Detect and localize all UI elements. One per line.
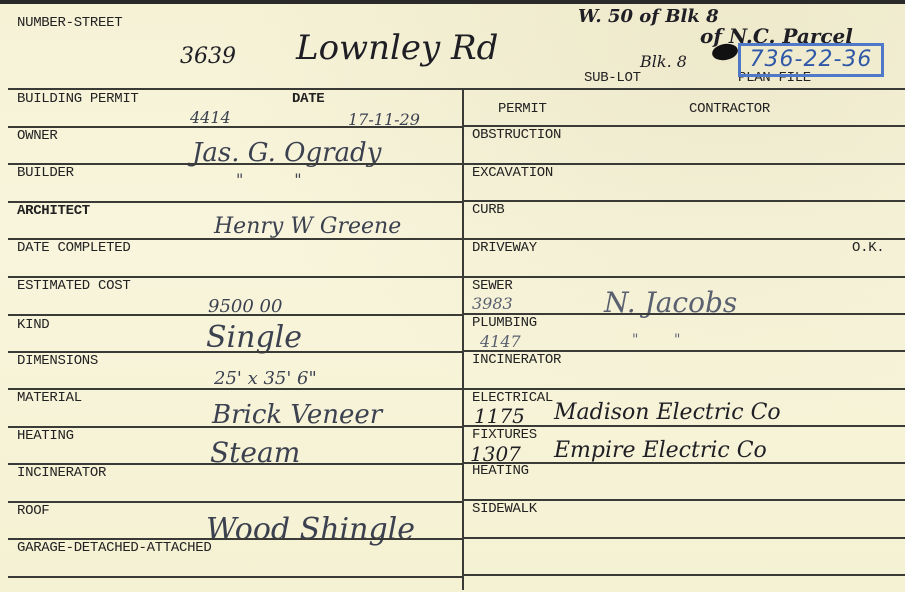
legal-description-line1: W. 50 of Blk 8 bbox=[578, 6, 719, 27]
rule bbox=[8, 126, 463, 128]
address-number: 3639 bbox=[180, 44, 236, 69]
excavation-label: EXCAVATION bbox=[472, 165, 553, 181]
kind-label: KIND bbox=[17, 317, 49, 333]
date-label: DATE bbox=[292, 91, 324, 107]
roof-label: ROOF bbox=[17, 503, 49, 519]
incinerator-label: INCINERATOR bbox=[17, 465, 106, 481]
sewer-permit: 3983 bbox=[472, 294, 513, 313]
electrical-contractor: Madison Electric Co bbox=[554, 400, 781, 425]
architect-label: ARCHITECT bbox=[17, 203, 90, 219]
rule bbox=[463, 276, 905, 278]
owner-label: OWNER bbox=[17, 128, 58, 144]
date-completed-label: DATE COMPLETED bbox=[17, 240, 130, 256]
garage-label: GARAGE-DETACHED-ATTACHED bbox=[17, 540, 211, 556]
heating-permit-label: HEATING bbox=[472, 463, 529, 479]
rule bbox=[8, 501, 463, 503]
sublot-value: Blk. 8 bbox=[640, 52, 687, 71]
rule bbox=[463, 200, 905, 202]
obstruction-label: OBSTRUCTION bbox=[472, 127, 561, 143]
rule bbox=[8, 426, 463, 428]
kind-value: Single bbox=[206, 320, 302, 355]
curb-label: CURB bbox=[472, 202, 504, 218]
plumbing-label: PLUMBING bbox=[472, 315, 537, 331]
sidewalk-label: SIDEWALK bbox=[472, 501, 537, 517]
plumbing-permit: 4147 bbox=[480, 332, 521, 351]
contractor-column-header: CONTRACTOR bbox=[689, 101, 770, 117]
dimensions-value: 25' x 35' 6" bbox=[214, 368, 317, 389]
rule bbox=[8, 163, 463, 165]
material-label: MATERIAL bbox=[17, 390, 82, 406]
rule bbox=[8, 88, 905, 90]
column-divider bbox=[462, 90, 464, 590]
sublot-label: SUB-LOT bbox=[584, 70, 641, 86]
estimated-cost-label: ESTIMATED COST bbox=[17, 278, 130, 294]
address-street: Lownley Rd bbox=[296, 28, 498, 68]
builder-value: " " bbox=[236, 170, 302, 189]
building-permit-label: BUILDING PERMIT bbox=[17, 91, 139, 107]
permit-column-header: PERMIT bbox=[498, 101, 547, 117]
number-street-label: NUMBER-STREET bbox=[17, 15, 122, 31]
rule bbox=[463, 462, 905, 464]
heating-label: HEATING bbox=[17, 428, 74, 444]
rule bbox=[463, 537, 905, 539]
dimensions-label: DIMENSIONS bbox=[17, 353, 98, 369]
rule bbox=[463, 574, 905, 576]
plan-file-stamp: 736-22-36 bbox=[738, 43, 884, 77]
sewer-label: SEWER bbox=[472, 278, 513, 294]
plumbing-contractor: " " bbox=[632, 332, 680, 348]
roof-value: Wood Shingle bbox=[206, 512, 415, 547]
builder-label: BUILDER bbox=[17, 165, 74, 181]
building-permit-card: NUMBER-STREET 3639 Lownley Rd W. 50 of B… bbox=[0, 0, 905, 592]
architect-value: Henry W Greene bbox=[214, 214, 401, 239]
driveway-label: DRIVEWAY bbox=[472, 240, 537, 256]
driveway-status: O.K. bbox=[852, 240, 884, 256]
fixtures-contractor: Empire Electric Co bbox=[554, 438, 767, 463]
building-permit-value: 4414 bbox=[190, 108, 231, 127]
rule bbox=[8, 314, 463, 316]
fixtures-label: FIXTURES bbox=[472, 427, 537, 443]
rule bbox=[8, 576, 463, 578]
card-top-edge bbox=[0, 0, 905, 4]
incinerator-permit-label: INCINERATOR bbox=[472, 352, 561, 368]
